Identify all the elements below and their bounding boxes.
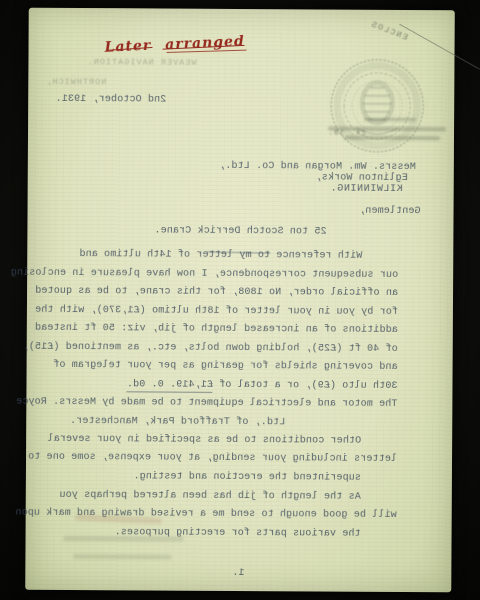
ghost-mark: [73, 554, 171, 560]
page-number: 1.: [25, 567, 451, 581]
body-line: letters including your sending, at your …: [25, 452, 397, 465]
body-line: 30th ulto (£9), or a total of £1,419. 0.…: [25, 379, 397, 392]
body-line: of 40 ft (£25), holding down bolts, etc.…: [26, 342, 398, 355]
recipient-line: Eglinton Works,: [315, 172, 407, 184]
subject-line: 25 ton Scotch Derrick Crane.: [27, 225, 453, 239]
body-line: Other conditions to be as specified in y…: [0, 433, 397, 446]
total-amount: £1,419. 0. 0d.: [127, 379, 213, 393]
letterhead-line: NORTHWICH,: [45, 77, 106, 87]
body-line: an official order, No 1808, for this cra…: [26, 286, 398, 299]
recipient-line: Messrs. Wm. Morgan and Co. Ltd.,: [219, 161, 416, 173]
photo-background: WEAVER NAVIGATION. NORTHWICH, 2nd Octobe…: [0, 0, 480, 600]
recipient-line: KILWINNING.: [330, 184, 403, 195]
date-line: 2nd October, 1931.: [55, 94, 166, 106]
body-line: for by you in your letter of 18th ultimo…: [26, 305, 398, 318]
seal-caption-fragment: 2X. 18.: [327, 130, 366, 138]
body-line: and covering shields for gearing as per …: [26, 360, 398, 373]
body-line: With reference to my letter of 14th ulti…: [0, 248, 398, 261]
body-line: our subsequent correspondence, I now hav…: [26, 268, 398, 281]
body-line: the various parts for erecting purposes.: [0, 526, 397, 539]
official-seal-icon: [326, 56, 429, 159]
body-line: additions of an increased length of jib,…: [26, 323, 398, 336]
mirrored-bleedthrough-layer: WEAVER NAVIGATION. NORTHWICH, 2nd Octobe…: [25, 8, 455, 593]
body-line: superintend the erection and testing.: [0, 470, 397, 483]
salutation: Gentlemen,: [359, 206, 421, 217]
total-prefix: 30th ulto (£9), or a total of: [213, 380, 398, 392]
body-line: As the length of jib has been altered pe…: [0, 489, 397, 502]
ghost-mark: [64, 536, 184, 542]
body-line: Ltd., of Trafford Park, Manchester.: [0, 415, 397, 429]
letterhead-line: WEAVER NAVIGATION.: [87, 57, 197, 68]
body-line: The motor and electrical equipment to be…: [25, 397, 397, 410]
letter-paper: WEAVER NAVIGATION. NORTHWICH, 2nd Octobe…: [25, 8, 455, 593]
seal-caption-smudge: [364, 118, 416, 121]
enclosure-pencil-note: ENCLOS: [369, 19, 410, 43]
